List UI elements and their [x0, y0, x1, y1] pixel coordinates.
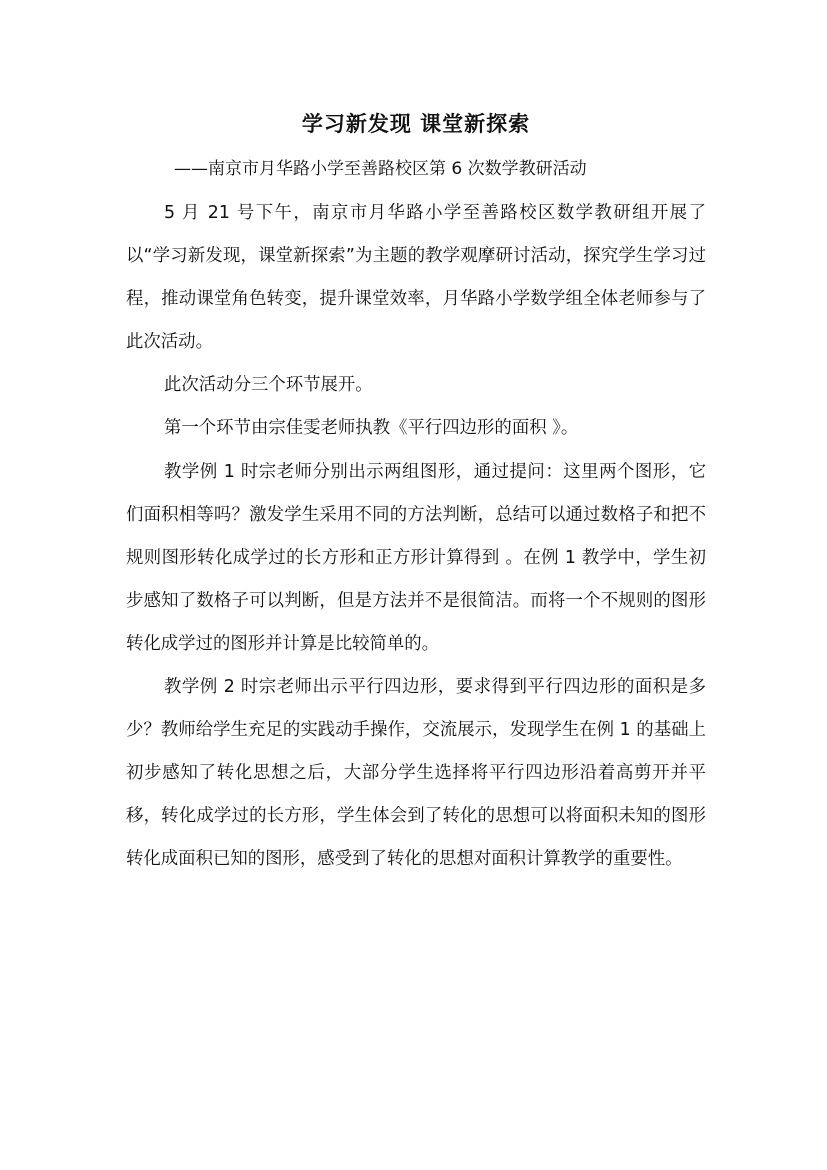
paragraph-structure: 此次活动分三个环节展开。	[126, 364, 706, 407]
paragraph-intro: 5 月 21 号下午，南京市月华路小学至善路校区数学教研组开展了以“学习新发现，…	[126, 192, 706, 364]
paragraph-example-1: 教学例 1 时宗老师分别出示两组图形，通过提问：这里两个图形，它们面积相等吗？激…	[126, 451, 706, 666]
document-title: 学习新发现 课堂新探索	[126, 108, 706, 138]
paragraph-example-2: 教学例 2 时宗老师出示平行四边形，要求得到平行四边形的面积是多少？教师给学生充…	[126, 666, 706, 881]
document-subtitle: ——南京市月华路小学至善路校区第 6 次数学教研活动	[174, 154, 587, 179]
paragraph-first-session: 第一个环节由宗佳雯老师执教《平行四边形的面积 》。	[126, 407, 706, 450]
